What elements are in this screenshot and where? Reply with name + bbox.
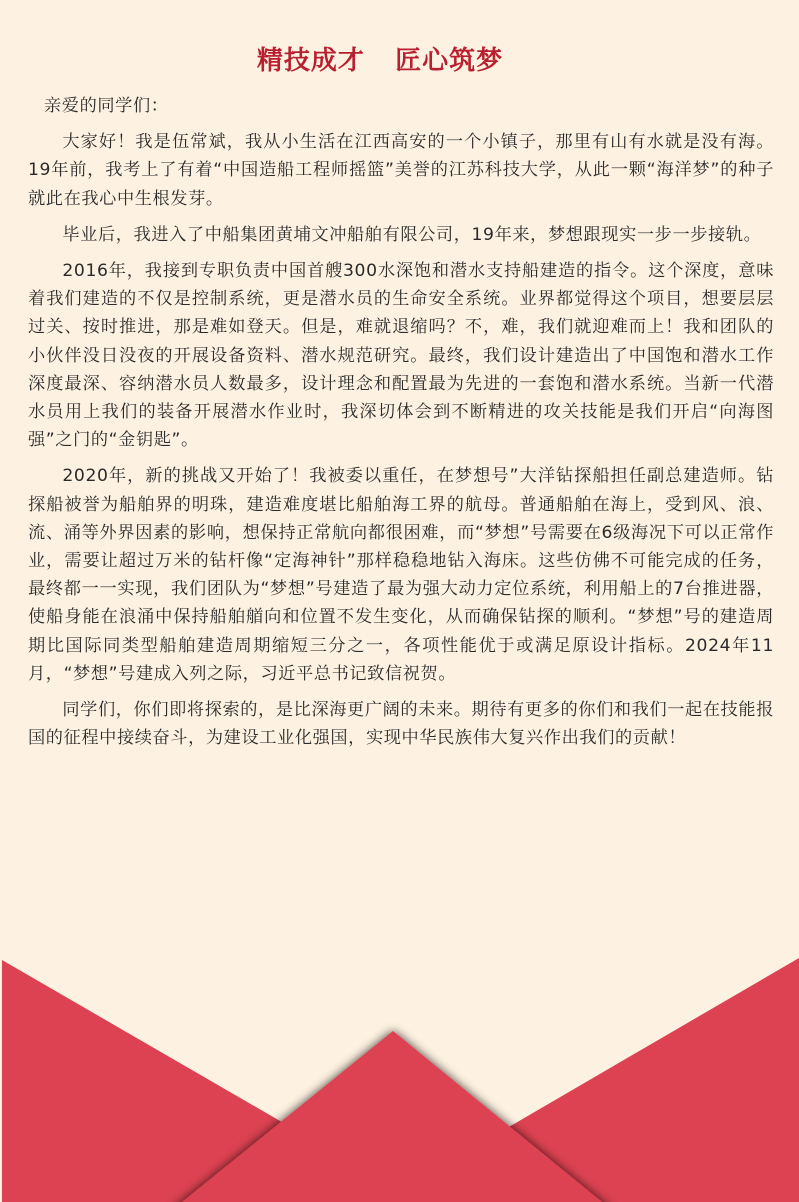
letter-paragraph: 同学们，你们即将探索的，是比深海更广阔的未来。期待有更多的你们和我们一起在技能报… [28,696,774,752]
page-title: 精技成才 匠心筑梦 [0,40,760,77]
letter-greeting: 亲爱的同学们： [44,92,774,120]
envelope-decoration [0,940,799,1202]
envelope-flaps-icon [0,940,799,1202]
letter-paragraph: 2020年，新的挑战又开始了！我被委以重任，在梦想号”大洋钻探船担任副总建造师。… [28,462,774,688]
letter-paragraph: 2016年，我接到专职负责中国首艘300水深饱和潜水支持船建造的指令。这个深度，… [28,257,774,454]
letter-body: 亲爱的同学们： 大家好！我是伍常斌，我从小生活在江西高安的一个小镇子，那里有山有… [28,92,774,760]
letter-paragraph: 大家好！我是伍常斌，我从小生活在江西高安的一个小镇子，那里有山有水就是没有海。1… [28,128,774,213]
letter-paragraph: 毕业后，我进入了中船集团黄埔文冲船舶有限公司，19年来，梦想跟现实一步一步接轨。 [28,221,774,249]
